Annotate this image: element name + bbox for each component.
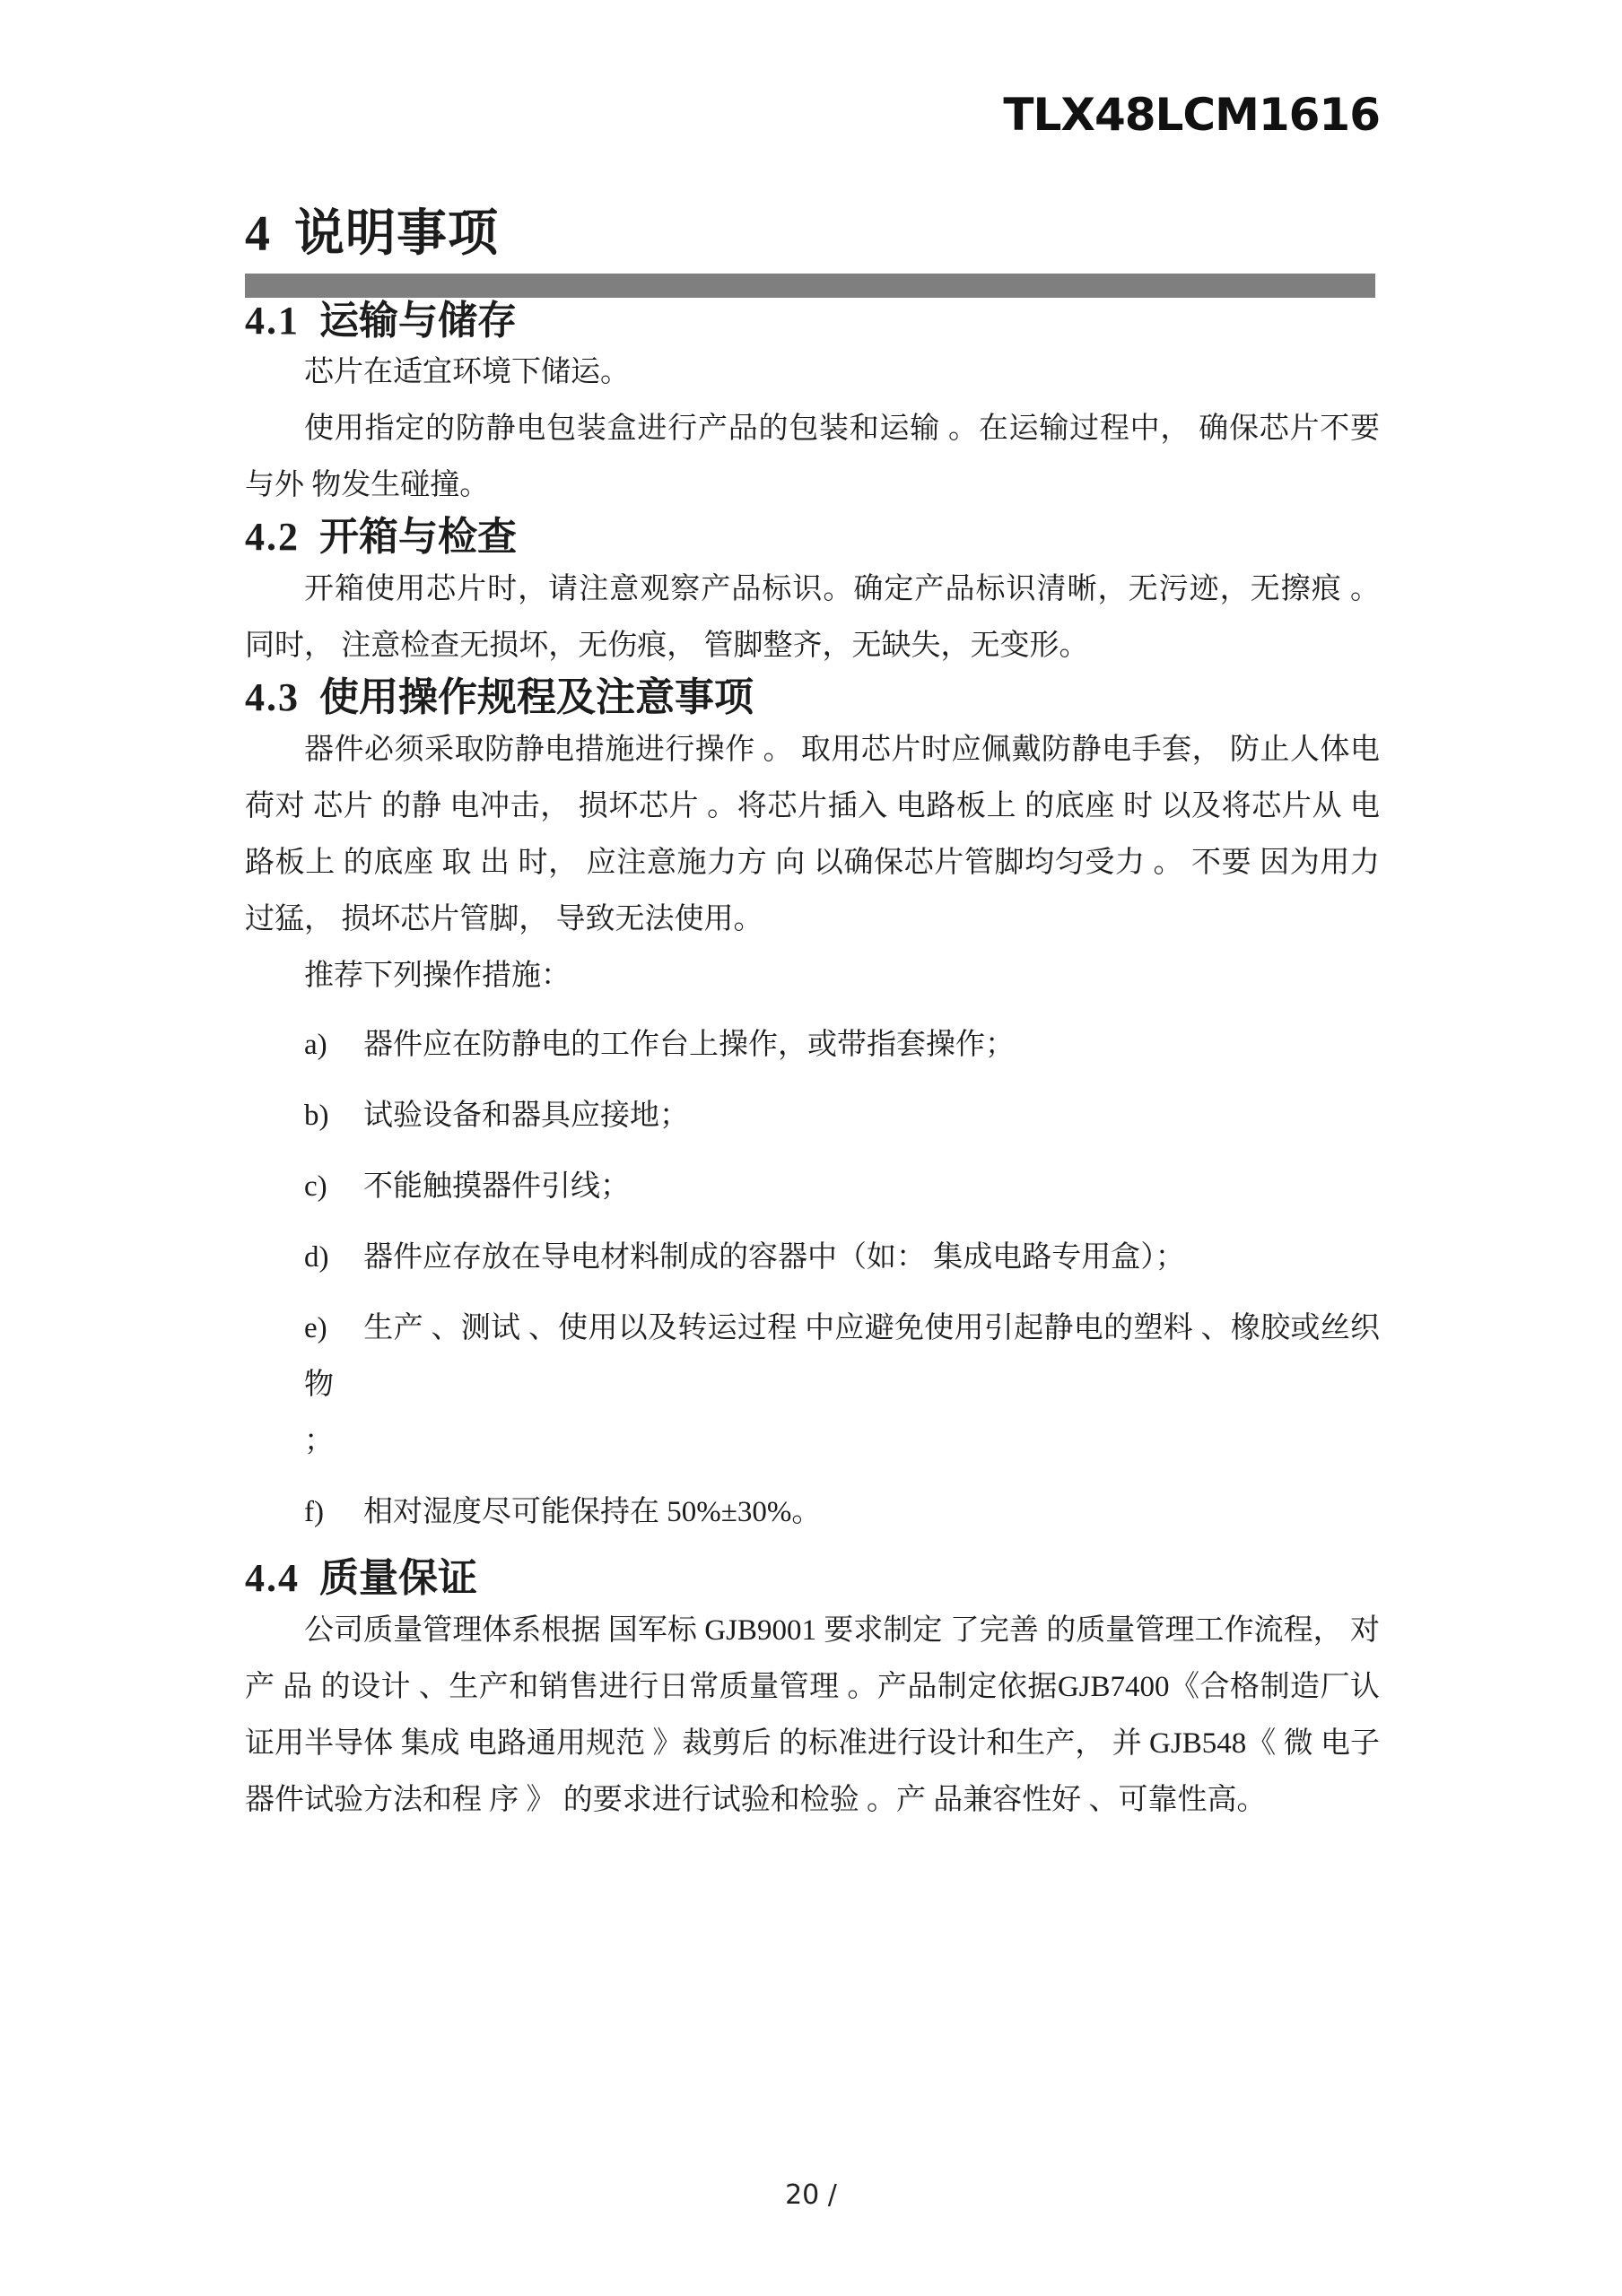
list-text: 生产 、测试 、使用以及转运过程 中应避免使用引起静电的塑料 、橡胶或丝织物 [304, 1312, 1380, 1401]
list-marker: b) [304, 1088, 363, 1144]
list-item-d: d)器件应存放在导电材料制成的容器中（如： 集成电路专用盒）； [245, 1230, 1380, 1286]
subsection-heading-4-2: 4.2开箱与检查 [245, 514, 1380, 561]
section-divider-bar [245, 274, 1375, 298]
list-text: 器件应存放在导电材料制成的容器中（如： 集成电路专用盒）； [363, 1241, 1185, 1274]
list-text-wrap: ； [304, 1425, 334, 1457]
subsection-heading-4-1: 4.1运输与储存 [245, 298, 1380, 345]
subsection-heading-4-4: 4.4质量保证 [245, 1555, 1380, 1603]
list-text: 不能触摸器件引线； [363, 1170, 630, 1203]
subsection-number: 4.1 [245, 299, 300, 343]
section-heading: 4说明事项 [245, 204, 1380, 265]
subsection-number: 4.4 [245, 1556, 300, 1600]
paragraph: 器件必须采取防静电措施进行操作 。 取用芯片时应佩戴防静电手套， 防止人体电荷对… [245, 722, 1380, 948]
document-page: TLX48LCM1616 4说明事项 4.1运输与储存 芯片在适宜环境下储运。 … [0, 0, 1622, 2296]
list-marker: e) [304, 1300, 363, 1357]
subsection-number: 4.3 [245, 675, 300, 719]
subsection-title: 使用操作规程及注意事项 [319, 675, 754, 719]
document-header: TLX48LCM1616 [245, 90, 1380, 142]
page-footer: 20 / [0, 2179, 1622, 2211]
paragraph: 推荐下列操作措施： [245, 948, 1380, 1004]
paragraph: 芯片在适宜环境下储运。 [245, 344, 1380, 401]
measures-list: a)器件应在防静电的工作台上操作，或带指套操作； b)试验设备和器具应接地； c… [245, 1017, 1380, 1541]
list-item-b: b)试验设备和器具应接地； [245, 1088, 1380, 1144]
list-marker: a) [304, 1017, 363, 1074]
list-item-c: c)不能触摸器件引线； [245, 1159, 1380, 1215]
list-item-f: f)相对湿度尽可能保持在 50%±30%。 [245, 1484, 1380, 1541]
subsection-number: 4.2 [245, 515, 300, 559]
list-marker: c) [304, 1159, 363, 1215]
list-text: 相对湿度尽可能保持在 50%±30%。 [363, 1496, 821, 1528]
section-title: 说明事项 [294, 206, 499, 262]
paragraph: 公司质量管理体系根据 国军标 GJB9001 要求制定 了完善 的质量管理工作流… [245, 1603, 1380, 1829]
subsection-heading-4-3: 4.3使用操作规程及注意事项 [245, 674, 1380, 722]
list-marker: f) [304, 1484, 363, 1541]
subsection-title: 开箱与检查 [319, 515, 517, 559]
list-item-a: a)器件应在防静电的工作台上操作，或带指套操作； [245, 1017, 1380, 1074]
paragraph: 使用指定的防静电包装盒进行产品的包装和运输 。在运输过程中， 确保芯片不要与外 … [245, 401, 1380, 514]
doc-code: TLX48LCM1616 [1003, 89, 1380, 141]
page-number: 20 / [785, 2179, 837, 2211]
list-text: 试验设备和器具应接地； [363, 1100, 689, 1132]
subsection-title: 质量保证 [319, 1556, 477, 1600]
paragraph: 开箱使用芯片时，请注意观察产品标识。确定产品标识清晰，无污迹，无擦痕 。 同时，… [245, 561, 1380, 674]
section-number: 4 [245, 206, 271, 262]
subsection-title: 运输与储存 [319, 299, 517, 343]
list-marker: d) [304, 1230, 363, 1286]
list-text: 器件应在防静电的工作台上操作，或带指套操作； [363, 1029, 1015, 1061]
list-item-e: e)生产 、测试 、使用以及转运过程 中应避免使用引起静电的塑料 、橡胶或丝织物… [245, 1300, 1380, 1470]
